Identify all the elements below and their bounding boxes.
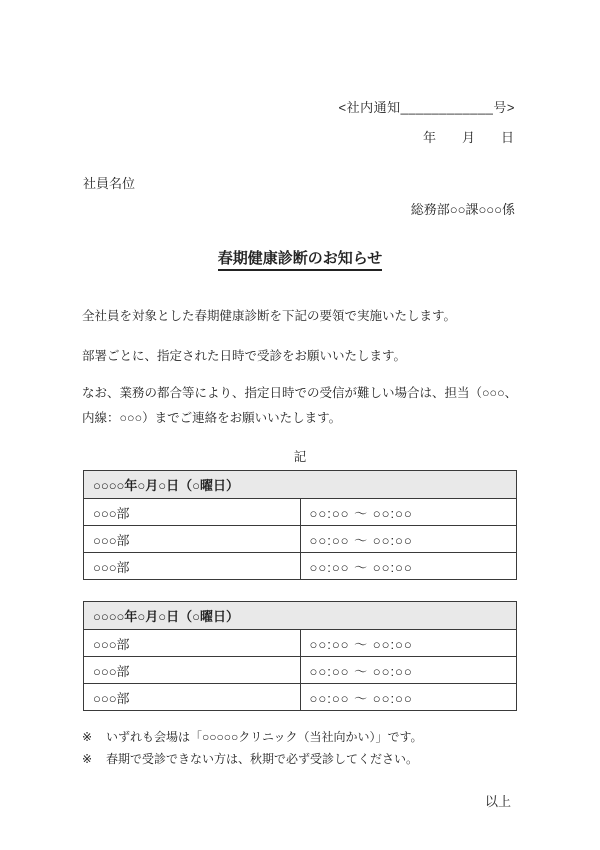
time-cell: ○○:○○ ～ ○○:○○ (300, 684, 517, 711)
note-text: 春期で受診できない方は、秋期で必ず受診してください。 (106, 752, 418, 766)
time-cell: ○○:○○ ～ ○○:○○ (300, 630, 517, 657)
sender-line: 総務部○○課○○○係 (0, 199, 600, 218)
note-marker: ※ (82, 726, 106, 748)
dept-cell: ○○○部 (84, 684, 301, 711)
table-header-row: ○○○○年○月○日（○曜日） (84, 602, 517, 630)
schedule-table-2: ○○○○年○月○日（○曜日） ○○○部 ○○:○○ ～ ○○:○○ ○○○部 ○… (83, 601, 517, 711)
dept-cell: ○○○部 (84, 630, 301, 657)
table-row: ○○○部 ○○:○○ ～ ○○:○○ (84, 684, 517, 711)
table-row: ○○○部 ○○:○○ ～ ○○:○○ (84, 526, 517, 553)
time-cell: ○○:○○ ～ ○○:○○ (300, 657, 517, 684)
dept-cell: ○○○部 (84, 553, 301, 580)
closing-marker: 以上 (0, 791, 600, 810)
note-item: ※いずれも会場は「○○○○○クリニック（当社向かい）」です。 (82, 726, 518, 748)
body-paragraph: 全社員を対象とした春期健康診断を下記の要領で実施いたします。 (0, 304, 600, 329)
table-row: ○○○部 ○○:○○ ～ ○○:○○ (84, 657, 517, 684)
table-date-header: ○○○○年○月○日（○曜日） (84, 602, 517, 630)
table-row: ○○○部 ○○:○○ ～ ○○:○○ (84, 630, 517, 657)
schedule-table-1: ○○○○年○月○日（○曜日） ○○○部 ○○:○○ ～ ○○:○○ ○○○部 ○… (83, 470, 517, 580)
document-title-text: 春期健康診断のお知らせ (218, 250, 383, 271)
notice-number-line: <社内通知____________号> (0, 97, 600, 116)
note-marker: ※ (82, 748, 106, 770)
table-header-row: ○○○○年○月○日（○曜日） (84, 471, 517, 499)
dept-cell: ○○○部 (84, 526, 301, 553)
time-cell: ○○:○○ ～ ○○:○○ (300, 526, 517, 553)
time-cell: ○○:○○ ～ ○○:○○ (300, 499, 517, 526)
document-title: 春期健康診断のお知らせ (0, 247, 600, 268)
record-marker: 記 (0, 447, 600, 465)
note-item: ※春期で受診できない方は、秋期で必ず受診してください。 (82, 748, 518, 770)
table-date-header: ○○○○年○月○日（○曜日） (84, 471, 517, 499)
dept-cell: ○○○部 (84, 657, 301, 684)
table-row: ○○○部 ○○:○○ ～ ○○:○○ (84, 499, 517, 526)
note-text: いずれも会場は「○○○○○クリニック（当社向かい）」です。 (106, 730, 423, 744)
recipient-line: 社員名位 (0, 173, 600, 192)
notes-section: ※いずれも会場は「○○○○○クリニック（当社向かい）」です。 ※春期で受診できな… (0, 726, 600, 770)
notice-document: <社内通知____________号> 年 月 日 社員名位 総務部○○課○○○… (0, 0, 600, 850)
dept-cell: ○○○部 (84, 499, 301, 526)
table-row: ○○○部 ○○:○○ ～ ○○:○○ (84, 553, 517, 580)
date-line: 年 月 日 (0, 127, 600, 146)
time-cell: ○○:○○ ～ ○○:○○ (300, 553, 517, 580)
body-paragraph: なお、業務の都合等により、指定日時での受信が難しい場合は、担当（○○○、内線：○… (0, 381, 600, 431)
body-paragraph: 部署ごとに、指定された日時で受診をお願いいたします。 (0, 344, 600, 369)
